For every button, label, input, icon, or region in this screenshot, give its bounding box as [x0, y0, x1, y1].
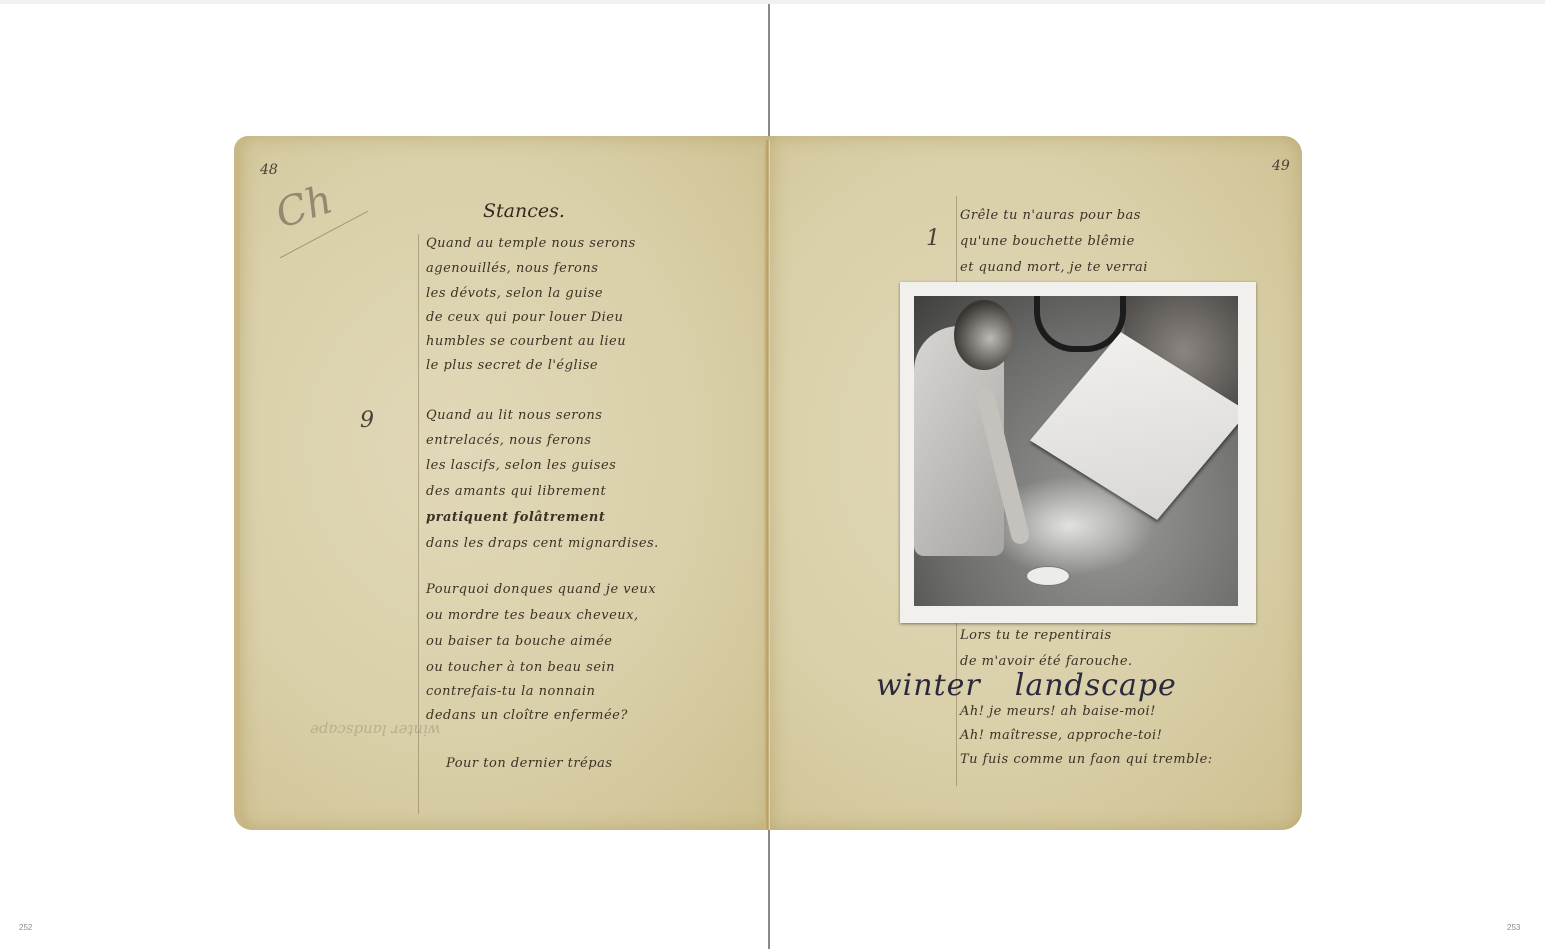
- poem-title: Stances.: [483, 200, 565, 222]
- bw-photo-image: [914, 296, 1238, 606]
- verse-line: Quand au lit nous serons: [426, 408, 602, 423]
- pencil-showthrough-note: winter landscape: [310, 721, 441, 739]
- verse-line: Tu fuis comme un faon qui tremble:: [960, 752, 1213, 767]
- overwrite-word: landscape: [1015, 668, 1177, 703]
- stanza-mark: 1: [926, 226, 940, 251]
- verse-line: Lors tu te repentirais: [960, 628, 1112, 643]
- verse-line: dedans un cloître enfermée?: [426, 708, 628, 723]
- verse-line: qu'une bouchette blêmie: [960, 234, 1135, 249]
- verse-line: humbles se courbent au lieu: [426, 334, 626, 349]
- verse-line: entrelacés, nous ferons: [426, 433, 591, 448]
- verse-line: dans les draps cent mignardises.: [426, 536, 659, 551]
- verse-line: Pourquoi donques quand je veux: [426, 582, 656, 597]
- monogram-initials: Ch: [270, 176, 338, 237]
- photo-small-dish: [1026, 566, 1070, 586]
- folio-right: 253: [1507, 923, 1520, 932]
- right-page-number: 49: [1272, 158, 1290, 174]
- verse-line: de m'avoir été farouche.: [960, 654, 1133, 669]
- verse-line: le plus secret de l'église: [426, 358, 598, 373]
- verse-line: ou toucher à ton beau sein: [426, 660, 615, 675]
- notebook-spread: 48 Ch Stances. Quand au temple nous sero…: [234, 136, 1304, 832]
- left-page-number: 48: [260, 162, 278, 178]
- top-rule: [0, 0, 1545, 4]
- winter-landscape-overwrite: winterlandscape: [876, 668, 1177, 703]
- pasted-photograph: [900, 282, 1256, 623]
- verse-line: de ceux qui pour louer Dieu: [426, 310, 623, 325]
- verse-line: des amants qui librement: [426, 484, 606, 499]
- verse-line: Ah! je meurs! ah baise-moi!: [960, 704, 1156, 719]
- verse-line: contrefais-tu la nonnain: [426, 684, 595, 699]
- verse-line: les dévots, selon la guise: [426, 286, 603, 301]
- verse-line: agenouillés, nous ferons: [426, 261, 598, 276]
- verse-line: ou baiser ta bouche aimée: [426, 634, 613, 649]
- verse-line: les lascifs, selon les guises: [426, 458, 616, 473]
- verse-line: Pour ton dernier trépas: [446, 756, 613, 771]
- verse-line: Grêle tu n'auras pour bas: [960, 208, 1141, 223]
- photo-figure-head: [954, 300, 1014, 370]
- folio-left: 252: [19, 923, 32, 932]
- verse-line: Ah! maîtresse, approche-toi!: [960, 728, 1162, 743]
- notebook-left-page: 48 Ch Stances. Quand au temple nous sero…: [234, 136, 774, 830]
- overwrite-word: winter: [876, 668, 981, 703]
- stanza-mark: 9: [360, 408, 374, 433]
- verse-line: Quand au temple nous serons: [426, 236, 636, 251]
- verse-line: ou mordre tes beaux cheveux,: [426, 608, 639, 623]
- verse-line: et quand mort, je te verrai: [960, 260, 1148, 275]
- verse-line: pratiquent folâtrement: [426, 510, 605, 525]
